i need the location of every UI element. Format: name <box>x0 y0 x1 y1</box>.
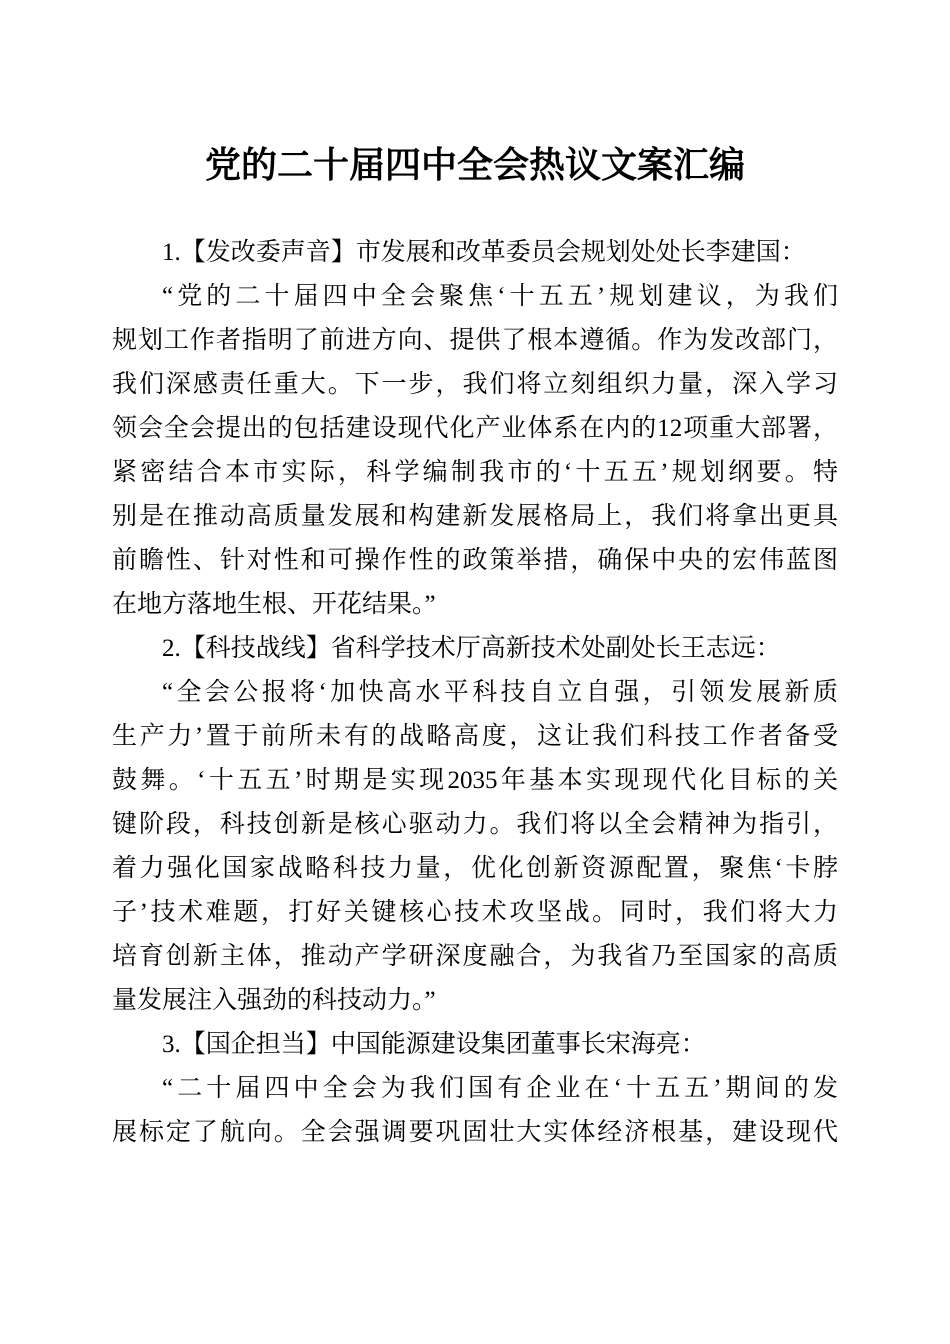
text-line: 1.【发改委声音】市发展和改革委员会规划处处长李建国： <box>112 231 838 275</box>
text-line: 生产力’置于前所未有的战略高度，这让我们科技工作者备受 <box>112 715 838 759</box>
quote-paragraph: “党的二十届四中全会聚焦‘十五五’规划建议，为我们规划工作者指明了前进方向、提供… <box>112 275 838 627</box>
quote-paragraph: “二十届四中全会为我们国有企业在‘十五五’期间的发展标定了航向。全会强调要巩固壮… <box>112 1067 838 1155</box>
text-line: 在地方落地生根、开花结果。” <box>112 583 838 627</box>
text-line: 2.【科技战线】省科学技术厅高新技术处副处长王志远： <box>112 627 838 671</box>
text-line: “全会公报将‘加快高水平科技自立自强，引领发展新质 <box>112 671 838 715</box>
text-line: “党的二十届四中全会聚焦‘十五五’规划建议，为我们 <box>112 275 838 319</box>
text-line: 紧密结合本市实际，科学编制我市的‘十五五’规划纲要。特 <box>112 451 838 495</box>
item-heading-paragraph: 3.【国企担当】中国能源建设集团董事长宋海亮： <box>112 1023 838 1067</box>
text-line: 着力强化国家战略科技力量，优化创新资源配置，聚焦‘卡脖 <box>112 847 838 891</box>
quote-paragraph: “全会公报将‘加快高水平科技自立自强，引领发展新质生产力’置于前所未有的战略高度… <box>112 671 838 1023</box>
text-line: 规划工作者指明了前进方向、提供了根本遵循。作为发改部门， <box>112 319 838 363</box>
text-line: “二十届四中全会为我们国有企业在‘十五五’期间的发 <box>112 1067 838 1111</box>
text-line: 领会全会提出的包括建设现代化产业体系在内的12项重大部署， <box>112 407 838 451</box>
text-line: 培育创新主体，推动产学研深度融合，为我省乃至国家的高质 <box>112 935 838 979</box>
text-line: 我们深感责任重大。下一步，我们将立刻组织力量，深入学习 <box>112 363 838 407</box>
text-line: 展标定了航向。全会强调要巩固壮大实体经济根基，建设现代 <box>112 1111 838 1155</box>
text-line: 键阶段，科技创新是核心驱动力。我们将以全会精神为指引， <box>112 803 838 847</box>
text-line: 量发展注入强劲的科技动力。” <box>112 979 838 1023</box>
text-line: 子’技术难题，打好关键核心技术攻坚战。同时，我们将大力 <box>112 891 838 935</box>
document-body: 1.【发改委声音】市发展和改革委员会规划处处长李建国：“党的二十届四中全会聚焦‘… <box>112 231 838 1155</box>
text-line: 鼓舞。‘十五五’时期是实现2035年基本实现现代化目标的关 <box>112 759 838 803</box>
text-line: 别是在推动高质量发展和构建新发展格局上，我们将拿出更具 <box>112 495 838 539</box>
item-heading-paragraph: 1.【发改委声音】市发展和改革委员会规划处处长李建国： <box>112 231 838 275</box>
text-line: 3.【国企担当】中国能源建设集团董事长宋海亮： <box>112 1023 838 1067</box>
text-line: 前瞻性、针对性和可操作性的政策举措，确保中央的宏伟蓝图 <box>112 539 838 583</box>
document-page: 党的二十届四中全会热议文案汇编 1.【发改委声音】市发展和改革委员会规划处处长李… <box>0 0 950 1344</box>
document-title: 党的二十届四中全会热议文案汇编 <box>112 140 838 190</box>
item-heading-paragraph: 2.【科技战线】省科学技术厅高新技术处副处长王志远： <box>112 627 838 671</box>
